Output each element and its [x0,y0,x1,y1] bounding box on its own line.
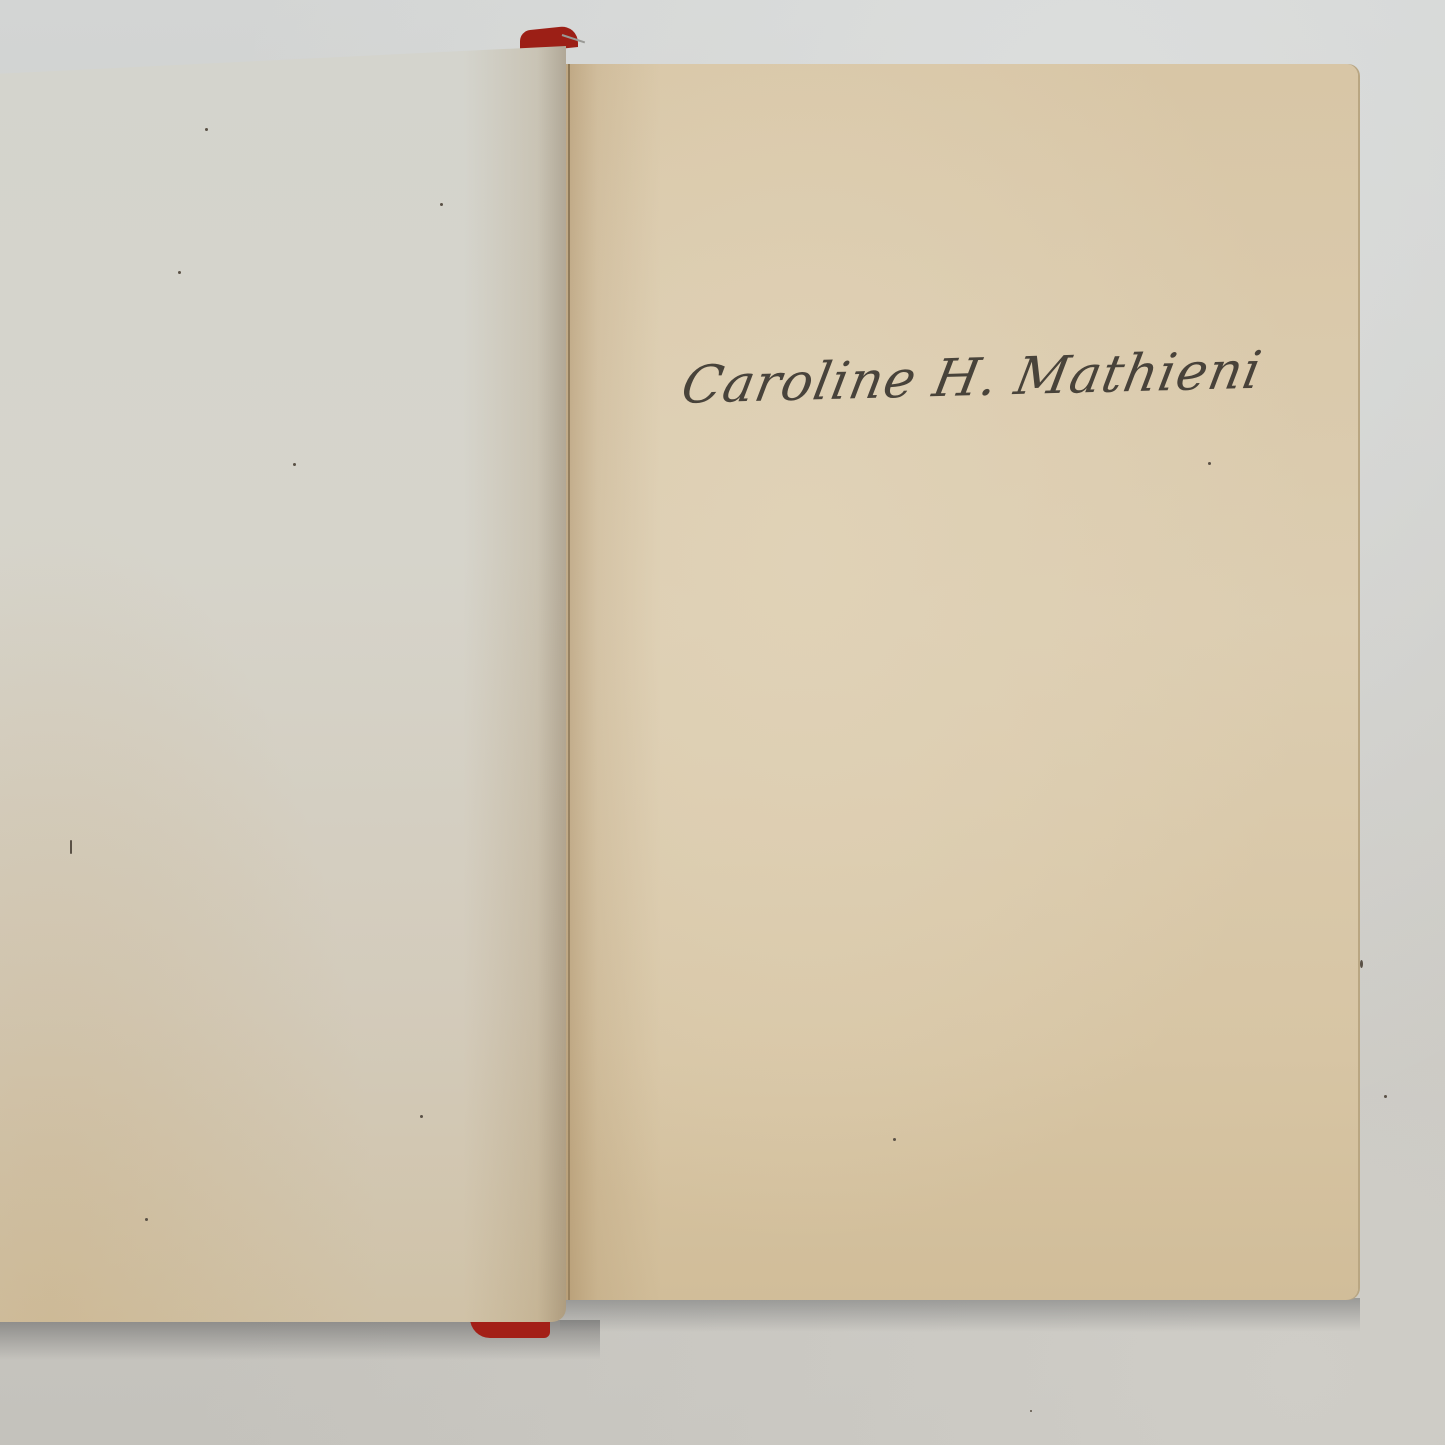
handwritten-signature: Caroline H. Mathieni [675,330,1293,426]
foxing-mark [70,840,72,854]
foxing-speck [145,1218,148,1221]
foxing-speck [893,1138,896,1141]
left-page [0,46,566,1322]
foxing-speck [1208,462,1211,465]
surface-speck [1030,1410,1032,1412]
foxing-speck [178,271,181,274]
right-page [566,64,1358,1300]
foxing-speck [205,128,208,131]
foxing-speck [420,1115,423,1118]
foxing-speck [440,203,443,206]
surface-speck [1384,1095,1387,1098]
foxing-speck [293,463,296,466]
book-gutter [568,64,570,1300]
edge-speck [1360,960,1363,968]
book-shadow-right [560,1298,1360,1332]
